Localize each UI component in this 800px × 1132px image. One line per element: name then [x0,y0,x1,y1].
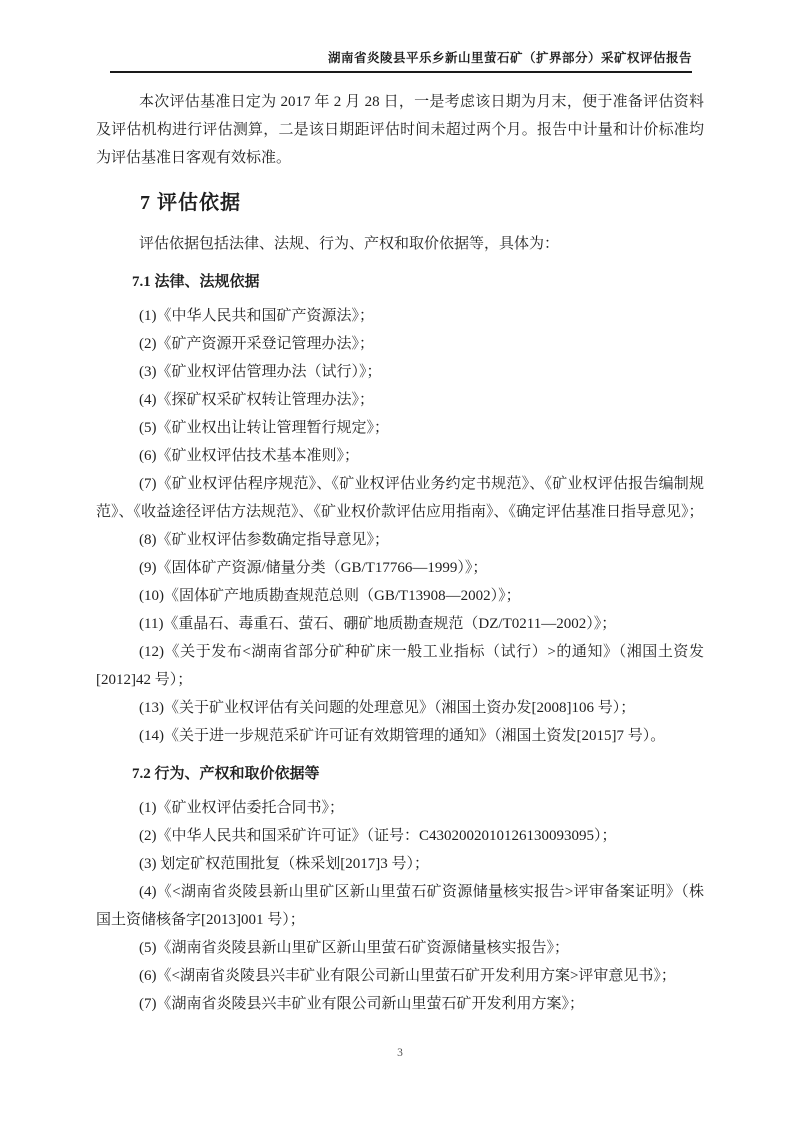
legal-basis-item: (6)《矿业权评估技术基本准则》； [96,442,704,470]
running-header-title: 湖南省炎陵县平乐乡新山里萤石矿（扩界部分）采矿权评估报告 [110,50,692,73]
legal-basis-item: (8)《矿业权评估参数确定指导意见》； [96,526,704,554]
legal-basis-item: (12)《关于发布<湖南省部分矿种矿床一般工业指标（试行）>的通知》（湘国土资发… [96,638,704,694]
conduct-basis-item: (7)《湖南省炎陵县兴丰矿业有限公司新山里萤石矿开发利用方案》； [96,990,704,1018]
section-7-title: 7 评估依据 [140,188,704,218]
section-lead-paragraph: 评估依据包括法律、法规、行为、产权和取价依据等，具体为： [96,230,704,258]
legal-basis-item: (13)《关于矿业权评估有关问题的处理意见》（湘国土资办发[2008]106 号… [96,694,704,722]
conduct-basis-item: (2)《中华人民共和国采矿许可证》（证号：C430200201012613009… [96,822,704,850]
conduct-basis-item: (4)《<湖南省炎陵县新山里矿区新山里萤石矿资源储量核实报告>评审备案证明》（株… [96,878,704,934]
legal-basis-item: (11)《重晶石、毒重石、萤石、硼矿地质勘查规范（DZ/T0211—2002）》… [96,610,704,638]
page-content: 本次评估基准日定为 2017 年 2 月 28 日，一是考虑该日期为月末，便于准… [96,88,704,1018]
conduct-basis-item: (1)《矿业权评估委托合同书》； [96,794,704,822]
document-page: 湖南省炎陵县平乐乡新山里萤石矿（扩界部分）采矿权评估报告 本次评估基准日定为 2… [0,0,800,1132]
legal-basis-item: (5)《矿业权出让转让管理暂行规定》； [96,414,704,442]
page-number: 3 [0,1046,800,1060]
legal-basis-item: (3)《矿业权评估管理办法（试行）》； [96,358,704,386]
conduct-basis-item: (5)《湖南省炎陵县新山里矿区新山里萤石矿资源储量核实报告》； [96,934,704,962]
intro-paragraph: 本次评估基准日定为 2017 年 2 月 28 日，一是考虑该日期为月末，便于准… [96,88,704,172]
legal-basis-item: (14)《关于进一步规范采矿许可证有效期管理的通知》（湘国土资发[2015]7 … [96,722,704,750]
conduct-basis-item: (6)《<湖南省炎陵县兴丰矿业有限公司新山里萤石矿开发利用方案>评审意见书》； [96,962,704,990]
subsection-7-1-title: 7.1 法律、法规依据 [132,268,704,296]
legal-basis-item: (4)《探矿权采矿权转让管理办法》； [96,386,704,414]
legal-basis-item: (1)《中华人民共和国矿产资源法》； [96,302,704,330]
subsection-7-2-title: 7.2 行为、产权和取价依据等 [132,760,704,788]
conduct-basis-item: (3) 划定矿权范围批复（株采划[2017]3 号）； [96,850,704,878]
legal-basis-item: (10)《固体矿产地质勘查规范总则（GB/T13908—2002）》； [96,582,704,610]
legal-basis-item: (2)《矿产资源开采登记管理办法》； [96,330,704,358]
legal-basis-item: (9)《固体矿产资源/储量分类（GB/T17766—1999）》； [96,554,704,582]
legal-basis-item: (7)《矿业权评估程序规范》、《矿业权评估业务约定书规范》、《矿业权评估报告编制… [96,470,704,526]
